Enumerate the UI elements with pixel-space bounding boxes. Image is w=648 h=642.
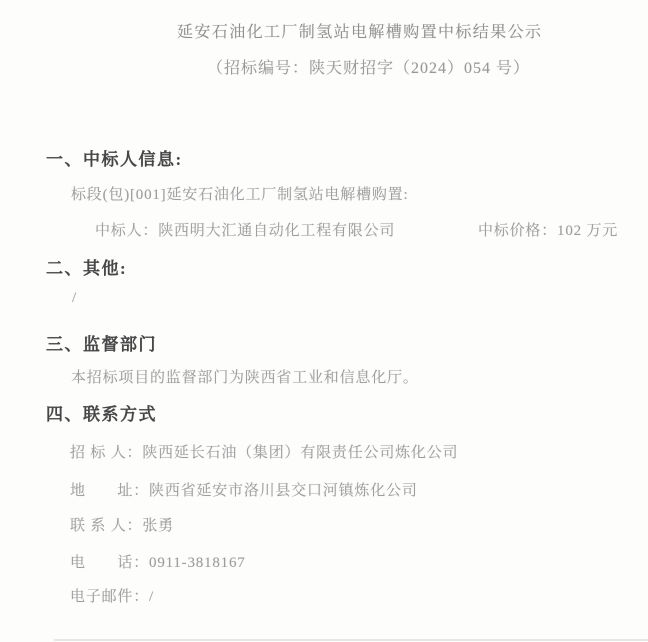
price-label: 中标价格： bbox=[478, 223, 557, 239]
price-part: 中标价格：102 万元 bbox=[478, 219, 618, 240]
contact-value-email: / bbox=[149, 589, 154, 605]
scanned-document-page: 延安石油化工厂制氢站电解槽购置中标结果公示 （招标编号：陕天财招字（2024）0… bbox=[0, 0, 648, 642]
other-content: / bbox=[72, 290, 77, 307]
contact-label-tenderer: 招 标 人： bbox=[70, 441, 142, 462]
contact-label-person: 联 系 人： bbox=[70, 514, 142, 535]
price-value: 102 万元 bbox=[557, 223, 618, 239]
contact-value-person: 张勇 bbox=[142, 518, 174, 534]
scan-bottom-edge-artifact bbox=[54, 639, 648, 641]
contact-value-phone: 0911-3818167 bbox=[149, 555, 246, 571]
section-heading-winner-info: 一、中标人信息: bbox=[46, 145, 183, 170]
contact-row-address: 地 址：陕西省延安市洛川县交口河镇炼化公司 bbox=[70, 479, 418, 500]
contact-row-tenderer: 招 标 人：陕西延长石油（集团）有限责任公司炼化公司 bbox=[70, 441, 458, 462]
contact-row-person: 联 系 人：张勇 bbox=[70, 514, 174, 535]
contact-label-address: 地 址： bbox=[70, 479, 149, 500]
contact-label-phone: 电 话： bbox=[70, 551, 149, 572]
winner-name: 陕西明大汇通自动化工程有限公司 bbox=[158, 223, 395, 239]
document-title: 延安石油化工厂制氢站电解槽购置中标结果公示 bbox=[177, 19, 542, 42]
winner-label: 中标人： bbox=[95, 223, 158, 239]
contact-value-tenderer: 陕西延长石油（集团）有限责任公司炼化公司 bbox=[142, 445, 458, 461]
winner-row: 中标人：陕西明大汇通自动化工程有限公司 中标价格：102 万元 bbox=[95, 219, 395, 240]
tender-number-subtitle: （招标编号：陕天财招字（2024）054 号） bbox=[207, 55, 530, 78]
bid-package-line: 标段(包)[001]延安石油化工厂制氢站电解槽购置: bbox=[71, 183, 408, 204]
contact-value-address: 陕西省延安市洛川县交口河镇炼化公司 bbox=[149, 483, 418, 499]
section-heading-other: 二、其他: bbox=[46, 254, 127, 279]
supervision-content: 本招标项目的监督部门为陕西省工业和信息化厅。 bbox=[71, 366, 419, 387]
contact-row-phone: 电 话：0911-3818167 bbox=[70, 551, 246, 572]
contact-row-email: 电子邮件：/ bbox=[70, 585, 154, 606]
section-heading-contact: 四、联系方式 bbox=[46, 400, 157, 425]
contact-label-email: 电子邮件： bbox=[70, 585, 149, 606]
section-heading-supervision: 三、监督部门 bbox=[46, 330, 157, 355]
